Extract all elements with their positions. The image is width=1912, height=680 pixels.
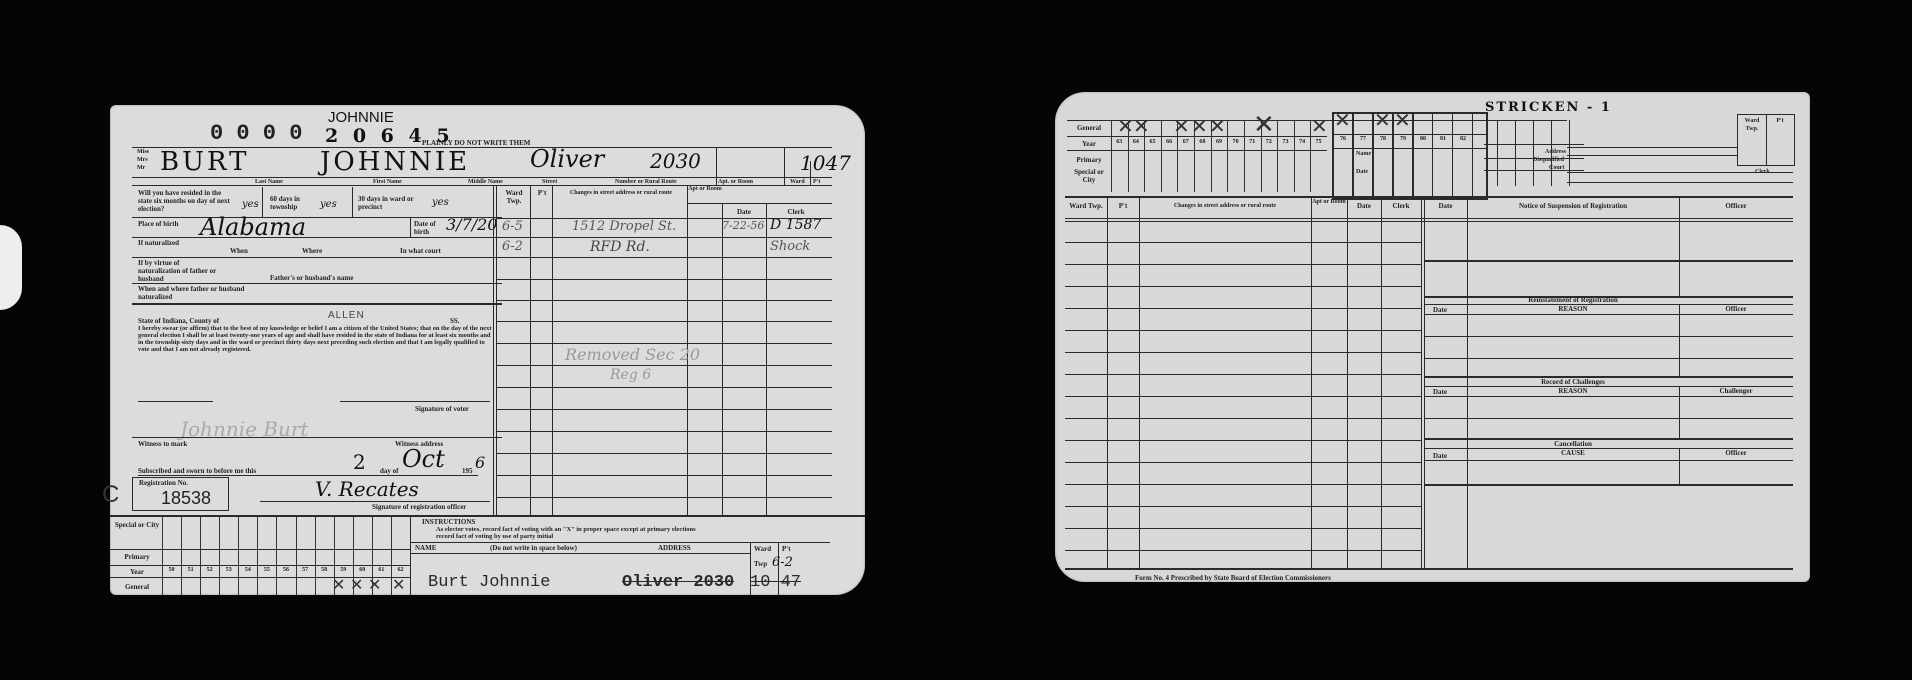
day-value: 2 [353, 450, 366, 474]
row-label-special: Special or City [1067, 168, 1111, 184]
challenges-title: Record of Challenges [1467, 378, 1679, 386]
voting-year-column [1227, 120, 1228, 192]
voting-year-column [296, 517, 297, 595]
q-ward-value: yes [432, 197, 449, 208]
voting-year-label: 63 [1111, 139, 1128, 145]
voting-year-label: 52 [200, 567, 219, 573]
header-changes: Changes in street address or rural route [556, 189, 686, 197]
voting-year-label: 62 [391, 567, 410, 573]
row-label-general: General [112, 583, 162, 591]
voting-year-label: 56 [276, 567, 295, 573]
voting-year-label: 60 [353, 567, 372, 573]
header-apt-room: Apt or Room [688, 185, 722, 193]
voting-year-label: 57 [296, 567, 315, 573]
when-where-label: When and where father or husband natural… [138, 285, 248, 301]
vote-mark: ✕ [1394, 108, 1411, 132]
row-label-year: Year [1067, 140, 1111, 148]
registrar-label: Signature of registration officer [372, 503, 466, 511]
year-prefix: 195 [462, 467, 473, 475]
registration-no-label: Registration No. [139, 479, 188, 487]
q-township-label: 60 days in township [270, 195, 320, 211]
voter-signature-label: Signature of voter [415, 405, 469, 413]
header-pct: P't [532, 189, 552, 197]
voting-year-column [162, 517, 163, 595]
header-ward-twp: Ward Twp. [498, 189, 530, 205]
voting-year-column [257, 517, 258, 595]
vote-mark: ✕ [1117, 114, 1134, 138]
voting-year-column [200, 517, 201, 595]
header-pct: P't [1107, 202, 1139, 210]
vote-mark: ✕ [1191, 114, 1208, 138]
header-apt-room: Apt or Room [1311, 198, 1347, 206]
voting-year-column [219, 517, 220, 595]
voting-year-column [238, 517, 239, 595]
vote-mark: ✕ [1334, 108, 1351, 132]
suspension-title: Notice of Suspension of Registration [1467, 202, 1679, 210]
bottom-twp-label: Twp [754, 560, 767, 568]
voting-year-label: 59 [334, 567, 353, 573]
boxed-years: 76 77 78 79 80 81 82 Name Date ✕ ✕ ✕ [1332, 112, 1488, 200]
if-naturalized-label: If naturalized [138, 239, 198, 247]
header-clerk: Clerk [1381, 202, 1421, 210]
vote-mark: ✕ [1133, 114, 1150, 138]
header-instructions: PLAINLY DO NOT WRITE THEM [422, 139, 530, 147]
do-not-write-label: (Do not write in space below) [490, 544, 577, 552]
year-value: 6 [475, 453, 485, 472]
header-ward-twp: Ward Twp. [1065, 202, 1107, 210]
date-of-birth-label: Date of birth [414, 220, 444, 236]
ward-box: Ward Twp. P't [1737, 114, 1795, 166]
last-name-value: BURT [160, 147, 249, 177]
reinstatement-date-label: Date [1433, 306, 1447, 314]
vote-mark: ✕ [1209, 114, 1226, 138]
where-label: Where [302, 247, 322, 255]
cancellation-date-label: Date [1433, 452, 1447, 460]
row-label-primary: Primary [112, 553, 162, 561]
voting-year-label: 58 [315, 567, 334, 573]
ss-label: SS. [450, 317, 460, 325]
voting-record-grid: Special or City Primary Year General 505… [110, 517, 410, 595]
voting-year-label: 70 [1227, 139, 1244, 145]
voting-year-label: 53 [219, 567, 238, 573]
reinstatement-officer-label: Officer [1679, 305, 1793, 313]
bottom-pct-label: P't [782, 545, 791, 553]
voting-year-column [1161, 120, 1162, 192]
q-state-value: yes [242, 199, 259, 210]
voting-year-column [276, 517, 277, 595]
row-label-primary: Primary [1067, 156, 1111, 164]
bottom-ward-pct-value: 10 47 [750, 573, 801, 592]
stamp-number: 0 0 0 0 [210, 123, 302, 145]
voting-year-column [1244, 120, 1245, 192]
voting-year-label: 66 [1161, 139, 1178, 145]
first-name-value: JOHNNIE [320, 147, 470, 177]
top-handwritten-name: JOHNNIE [328, 109, 394, 126]
bottom-address-value: Oliver 2030 [622, 573, 734, 592]
street-value: Oliver [530, 145, 604, 173]
instructions-line2: record fact of voting by use of party in… [436, 533, 553, 541]
registration-card-front: 0 0 0 0 JOHNNIE 2 0 6 4 5 PLAINLY DO NOT… [110, 105, 865, 595]
voting-record-grid: General Year Primary Special or City 636… [1067, 110, 1567, 192]
vote-mark: ✕ [332, 575, 345, 594]
voting-year-column [1277, 120, 1278, 192]
suspension-date-label: Date [1424, 202, 1467, 210]
clerk-label: Clerk [1755, 168, 1770, 176]
registration-no-value: 18538 [161, 489, 211, 507]
voting-year-label: 50 [162, 567, 181, 573]
day-of-label: day of [380, 467, 398, 475]
scan-artifact [0, 225, 22, 310]
header-date: Date [1347, 202, 1381, 210]
witness-mark-label: Witness to mark [138, 440, 187, 448]
bottom-name-value: Burt Johnnie [428, 573, 550, 592]
voting-year-column [315, 517, 316, 595]
status-disqualified: Disqualified [1533, 156, 1564, 164]
ward-pct-value: 1047 [800, 151, 851, 175]
voting-year-label: 67 [1177, 139, 1194, 145]
challenges-challenger-label: Challenger [1679, 387, 1793, 395]
header-changes: Changes in street address or rural route [1139, 202, 1311, 210]
status-court: Court [1549, 164, 1564, 172]
by-virtue-label: If by virtue of naturalization of father… [138, 259, 218, 283]
county-value: ALLEN [328, 312, 365, 320]
header-clerk: Clerk [766, 208, 826, 216]
voting-year-label: 73 [1277, 139, 1294, 145]
q-ward-label: 30 days in ward or precinct [358, 195, 428, 211]
voting-year-label: 54 [238, 567, 257, 573]
row-label-general: General [1067, 124, 1111, 132]
voting-year-column [181, 517, 182, 595]
date-of-birth-value: 3/7/20 [446, 215, 498, 234]
vote-mark: ✕ [1173, 114, 1190, 138]
vote-mark: ✕ [1253, 110, 1275, 140]
title-mrs: Mrs [137, 157, 148, 164]
vote-mark: ✕ [368, 575, 381, 594]
vote-mark: ✕ [350, 575, 363, 594]
row-label-year: Year [112, 568, 162, 576]
number-value: 2030 [650, 149, 701, 173]
challenges-reason-label: REASON [1467, 387, 1679, 395]
status-address: Address [1545, 148, 1566, 156]
state-county-label: State of Indiana, County of [138, 317, 219, 325]
bottom-name-label: NAME [415, 544, 436, 552]
voting-year-label: 61 [372, 567, 391, 573]
registration-card-back: STRICKEN - 1 General Year Primary Specia… [1055, 92, 1810, 582]
pct-label: P't [1766, 117, 1794, 125]
when-label: When [230, 247, 248, 255]
cancellation-title: Cancellation [1467, 440, 1679, 448]
voting-year-label: 68 [1194, 139, 1211, 145]
bottom-ward-label: Ward [754, 545, 771, 553]
voting-year-label: 64 [1128, 139, 1145, 145]
row-label-special: Special or City [112, 521, 162, 529]
vote-mark: ✕ [392, 575, 405, 594]
q-township-value: yes [320, 199, 337, 210]
registration-prefix: C [102, 483, 119, 507]
voting-year-column [1294, 120, 1295, 192]
cancellation-officer-label: Officer [1679, 449, 1793, 457]
voting-year-label: 69 [1211, 139, 1228, 145]
registration-number-box: Registration No. 18538 [132, 477, 229, 511]
voting-year-label: 75 [1310, 139, 1327, 145]
bottom-twp-value: 6-2 [772, 555, 793, 570]
cancellation-cause-label: CAUSE [1467, 449, 1679, 457]
voting-year-label: 74 [1294, 139, 1311, 145]
subscribed-label: Subscribed and sworn to before me this [138, 467, 256, 475]
father-name-label: Father's or husband's name [270, 274, 353, 282]
place-of-birth-label: Place of birth [138, 220, 188, 228]
vote-mark: ✕ [1311, 114, 1328, 138]
month-value: Oct [402, 445, 445, 473]
title-miss: Miss [137, 149, 149, 156]
reinstatement-title: Reinstatement of Registration [1467, 296, 1679, 304]
instructions-title: INSTRUCTIONS [422, 518, 475, 526]
voting-year-column [1111, 120, 1112, 192]
reinstatement-reason-label: REASON [1467, 305, 1679, 313]
header-date: Date [722, 208, 766, 216]
challenges-date-label: Date [1433, 388, 1447, 396]
voting-year-label: 51 [181, 567, 200, 573]
vote-mark: ✕ [1374, 108, 1391, 132]
ward-twp-label: Ward Twp. [1738, 117, 1766, 133]
bottom-address-label: ADDRESS [658, 544, 691, 552]
registrar-signature: V. Recates [315, 477, 419, 501]
form-footer: Form No. 4 Prescribed by State Board of … [1135, 574, 1331, 582]
title-mr: Mr [137, 165, 145, 172]
q-state-label: Will you have resided in the state six m… [138, 189, 233, 213]
voting-year-label: 55 [257, 567, 276, 573]
suspension-officer-label: Officer [1679, 202, 1793, 210]
voting-year-label: 65 [1144, 139, 1161, 145]
oath-text: I hereby swear (or affirm) that to the b… [138, 325, 493, 353]
court-label: In what court [400, 247, 441, 255]
